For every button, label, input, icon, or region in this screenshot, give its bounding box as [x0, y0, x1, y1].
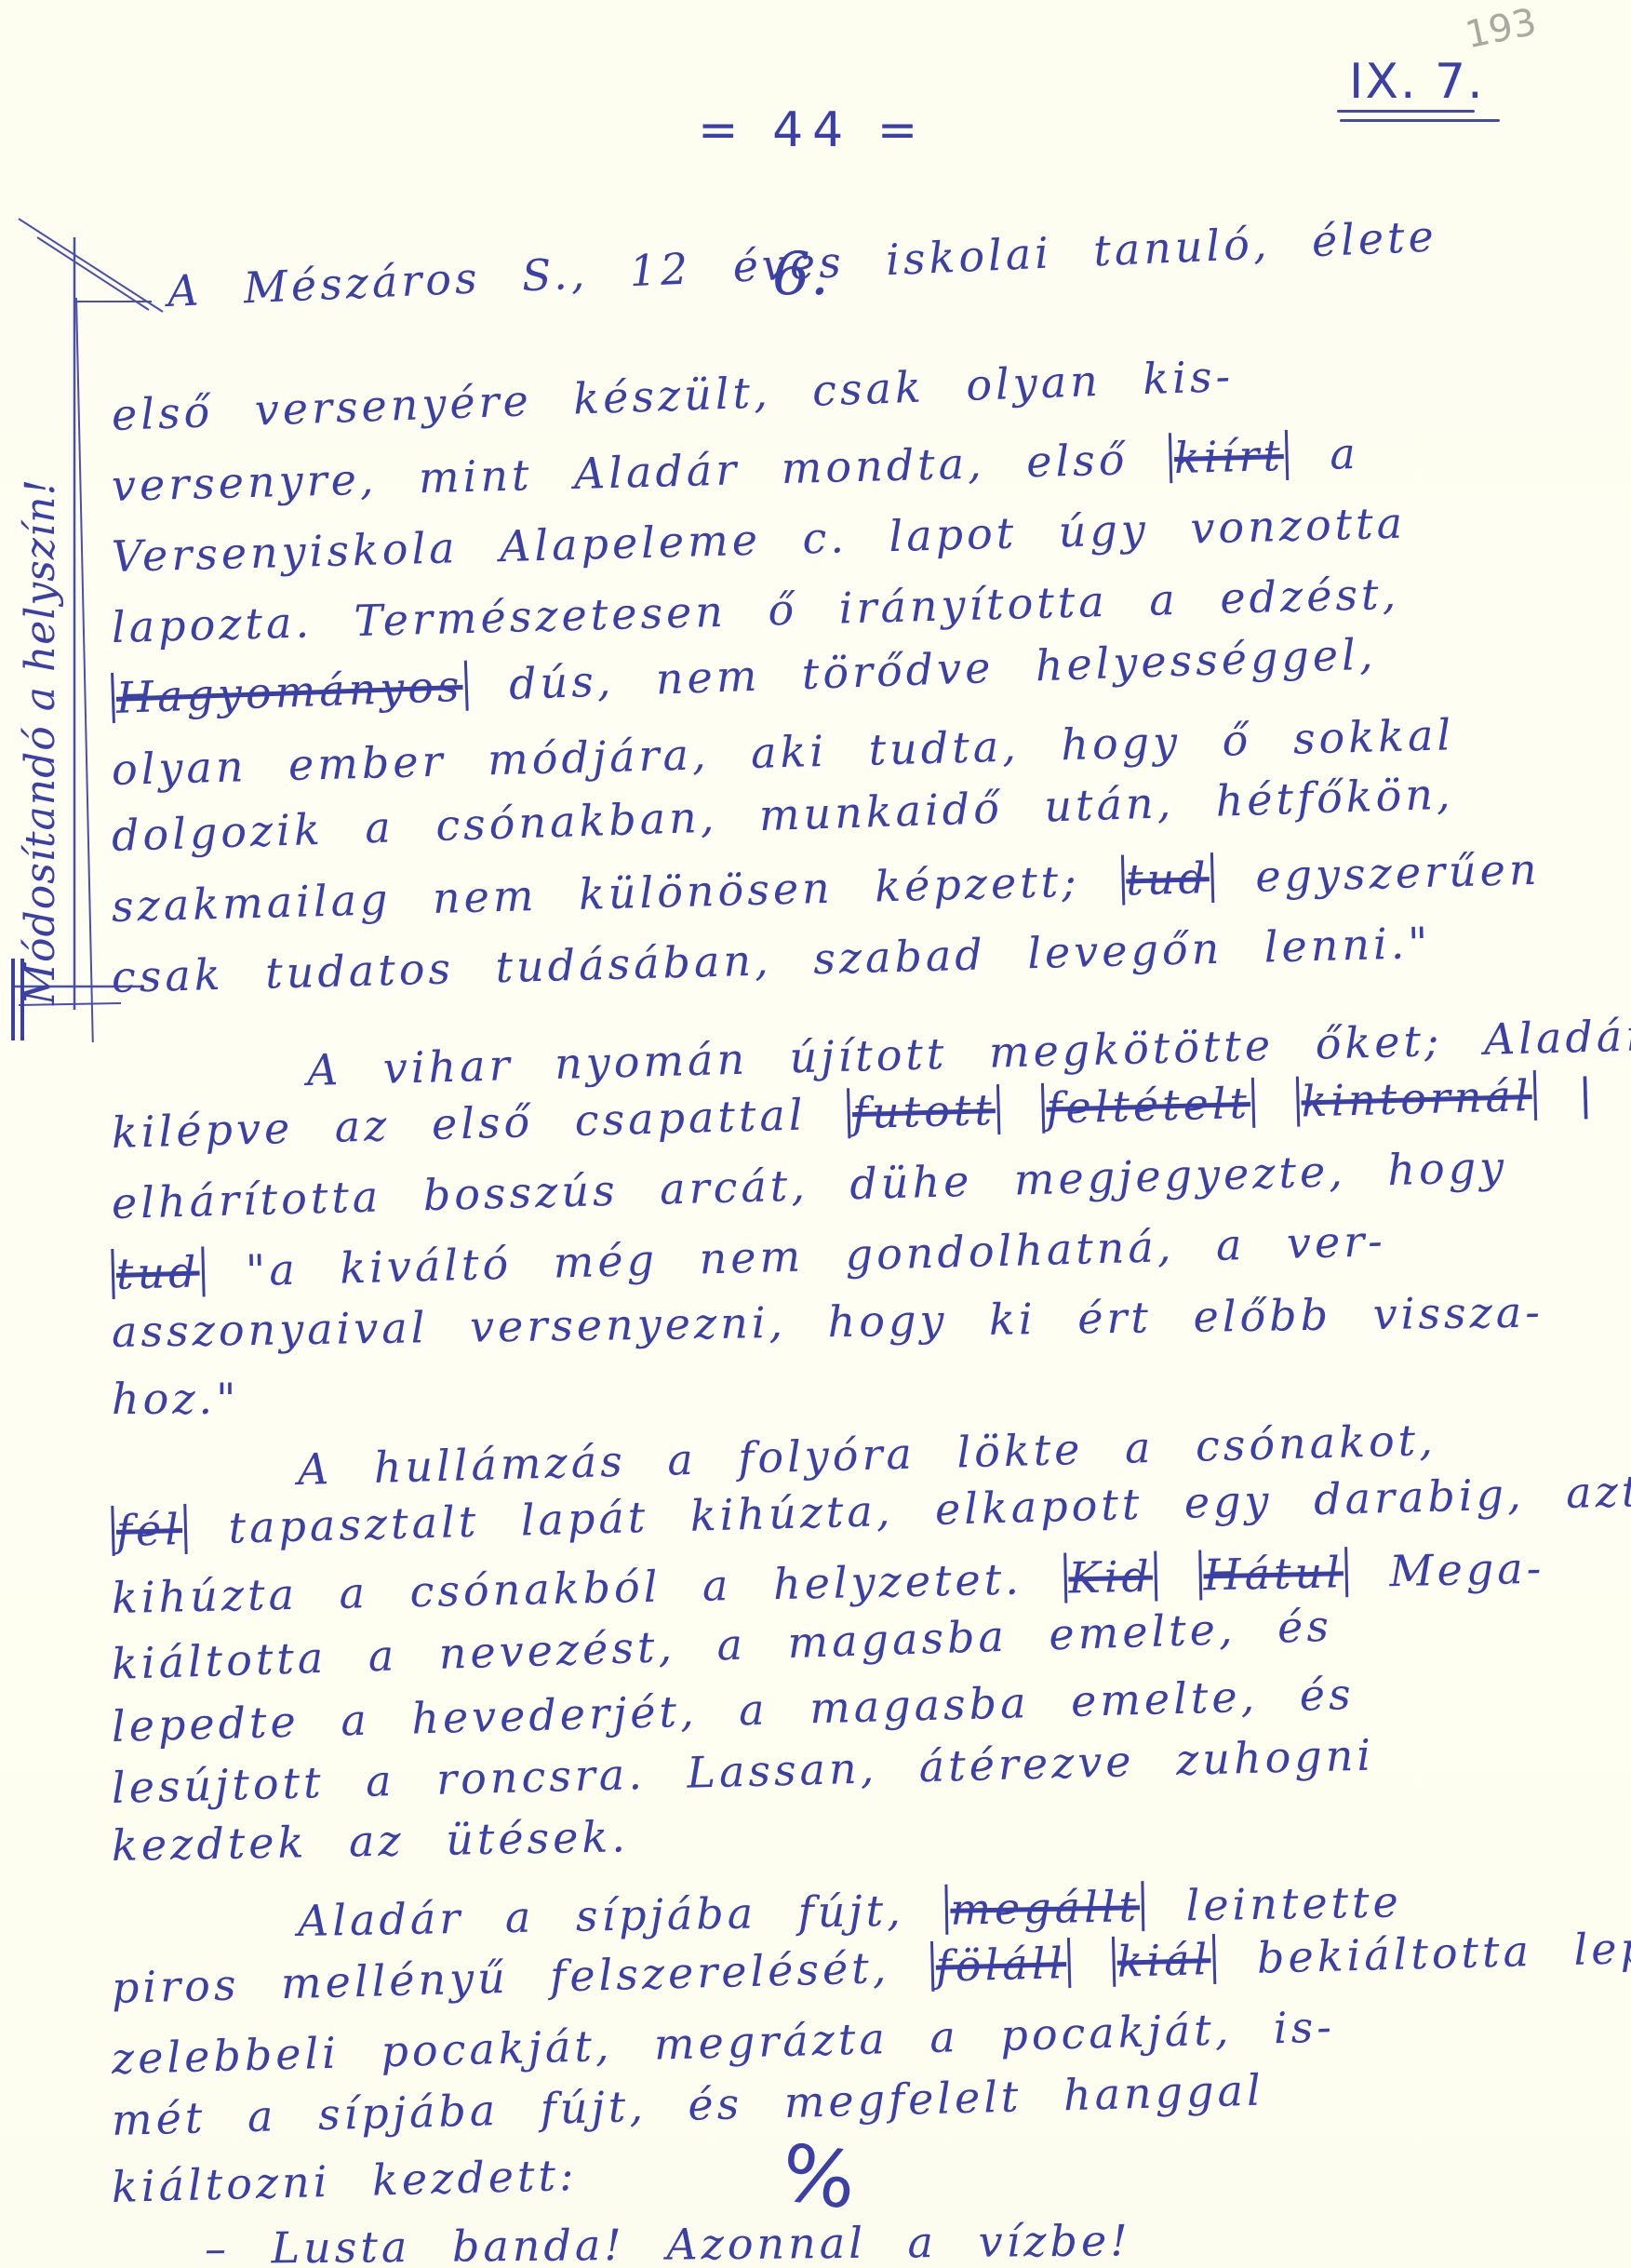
line-text: kiáltozni kezdett:	[111, 2150, 578, 2212]
manuscript-line: elhárította bosszús arcát, dühe megjegye…	[111, 1142, 1507, 1228]
struck-word: kiál	[1112, 1934, 1216, 1987]
margin-note: Módosítandó a helyszín!	[17, 478, 64, 1005]
manuscript-line: tud "a kiváltó még nem gondolhatná, a ve…	[111, 1215, 1386, 1299]
struck-word: feltételt	[1041, 1078, 1256, 1134]
struck-word: kintornál	[1296, 1070, 1537, 1127]
line-text-after: egyszerűen	[1255, 844, 1541, 902]
manuscript-line: Versenyiskola Alapeleme c. lapot úgy von…	[111, 498, 1406, 582]
struck-word: tud	[111, 1246, 205, 1299]
manuscript-line: csak tudatos tudásában, szabad levegőn l…	[111, 918, 1432, 1002]
date-mark: IX. 7.	[1349, 54, 1485, 110]
line-text: csak tudatos tudásában, szabad levegőn l…	[111, 918, 1432, 1002]
end-mark: %	[776, 2127, 862, 2227]
struck-word: tud	[1121, 852, 1215, 906]
line-text: piros mellényű felszerelését,	[111, 1942, 890, 2013]
line-text: asszonyaival versenyezni, hogy ki ért el…	[112, 1287, 1544, 1357]
struck-word: Kid	[1063, 1550, 1158, 1603]
manuscript-page: 193 IX. 7. = 44 = 6. Módosítandó a helys…	[0, 0, 1631, 2268]
manuscript-line: kiáltozni kezdett:	[111, 2150, 578, 2212]
date-underline	[1340, 119, 1500, 122]
manuscript-line: szakmailag nem különösen képzett; tud eg…	[111, 844, 1541, 932]
line-text-after: "a kiváltó még nem gondolhatná, a ver-	[245, 1215, 1386, 1295]
manuscript-line: – Lusta banda! Azonnal a vízbe!	[205, 2215, 1131, 2268]
line-text: kezdtek az ütések.	[112, 1811, 630, 1871]
page-number: = 44 =	[698, 102, 927, 158]
struck-word: megállt	[945, 1881, 1145, 1935]
line-text: – Lusta banda! Azonnal a vízbe!	[205, 2215, 1131, 2268]
struck-word: Hátul	[1198, 1547, 1348, 1600]
line-text-after: dús, nem törődve helyességgel,	[508, 629, 1377, 710]
line-text-after: Mega-	[1389, 1543, 1545, 1596]
line-text: versenyre, mint Aladár mondta, első	[111, 434, 1129, 511]
struck-word: futott	[847, 1084, 1000, 1138]
line-text: hoz."	[112, 1374, 239, 1424]
line-text-after: |	[1578, 1068, 1598, 1119]
line-text-after: bekiáltotta lep-	[1256, 1922, 1631, 1983]
manuscript-line: asszonyaival versenyezni, hogy ki ért el…	[112, 1287, 1544, 1357]
struck-word: Hagyományos	[111, 661, 468, 723]
line-text: szakmailag nem különösen képzett;	[111, 856, 1080, 932]
line-text: Aladár a sípjába fújt,	[298, 1886, 905, 1946]
struck-word: föláll	[930, 1938, 1072, 1992]
manuscript-line: első versenyére készült, csak olyan kis-	[111, 351, 1235, 440]
line-text: Versenyiskola Alapeleme c. lapot úgy von…	[111, 498, 1406, 582]
manuscript-line: versenyre, mint Aladár mondta, első kiír…	[111, 428, 1359, 511]
manuscript-line: kezdtek az ütések.	[112, 1811, 630, 1871]
date-underline	[1337, 110, 1475, 113]
line-text-after: a	[1330, 428, 1360, 479]
line-text-after: leintette	[1185, 1876, 1402, 1930]
struck-word: kiírt	[1169, 430, 1289, 483]
struck-word: fél	[111, 1504, 187, 1556]
line-text: kihúzta a csónakból a helyzetet.	[111, 1554, 1023, 1623]
line-text: kilépve az első csapattal	[111, 1089, 807, 1158]
line-text: első versenyére készült, csak olyan kis-	[111, 351, 1235, 440]
manuscript-line: hoz."	[112, 1374, 239, 1424]
archive-number: 193	[1462, 1, 1540, 58]
line-text: elhárította bosszús arcát, dühe megjegye…	[111, 1142, 1507, 1228]
